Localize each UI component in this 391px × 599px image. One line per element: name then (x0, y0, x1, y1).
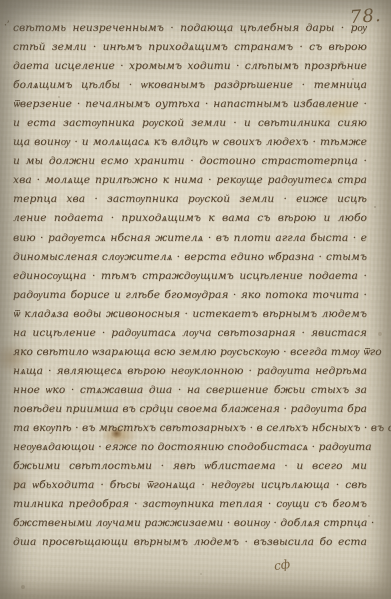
manuscript-line: нное ѡко · стѧжавша дша · на свершение б… (13, 381, 367, 400)
manuscript-line: на исцѣление · радѹитасѧ лѹча свѣтозарна… (13, 324, 367, 343)
manuscript-line: и еста застѹпника рѹской земли · и свѣти… (13, 114, 367, 133)
manuscript-line: яко свѣтило ѡзарѧюща всю землю рѹсьскѹю … (13, 343, 367, 362)
manuscript-line: та вкѹпѣ · въ мѣстѣхъ свѣтозарныхъ · в с… (13, 419, 367, 438)
manuscript-line: тилника предобрая · застѹпника теплая · … (13, 495, 367, 514)
manuscript-line: стѣй земли · инѣмъ приходѧщимъ странамъ … (13, 38, 367, 57)
manuscript-line: болѧщимъ цѣлбы · ѡкованымъ раздрѣшение ·… (13, 76, 367, 95)
manuscript-line: ща воинѹ · и молѧщасѧ къ влдцѣ ѡ своихъ … (13, 133, 367, 152)
manuscript-line: даета исцеление · хромымъ ходити · слѣпы… (13, 57, 367, 76)
manuscript-line: ление подаета · приходѧщимъ к вама съ вѣ… (13, 209, 367, 228)
manuscript-text-block: свѣтомь неизреченнымъ · подающа цѣлебныя… (13, 19, 367, 552)
manuscript-line: неѹвѧдающои · еяже по достоянию сподобис… (13, 438, 367, 457)
manuscript-line: ѿверзение · печалнымъ оутѣха · напастным… (13, 95, 367, 114)
dirt-specks (0, 0, 2, 2)
manuscript-line: нѧща · являющесѧ вѣрою неѹклонною · радѹ… (13, 362, 367, 381)
manuscript-line: вию · радѹетсѧ нбсная жителѧ · въ плоти … (13, 229, 367, 248)
manuscript-line: бжьими свѣтлостьми · явѣ ѡблистаема · и … (13, 457, 367, 476)
manuscript-line: бжствеными лѹчами ражжизаеми · воинѹ · д… (13, 514, 367, 533)
manuscript-line: единосѹщна · тѣмъ страждѹщимъ исцѣление … (13, 267, 367, 286)
manuscript-line: свѣтомь неизреченнымъ · подающа цѣлебныя… (13, 19, 367, 38)
manuscript-line: радѹита борисе и глѣбе бгомѹдрая · яко п… (13, 286, 367, 305)
manuscript-line: повѣдеи приимша въ срдци своема блаженая… (13, 400, 367, 419)
manuscript-line: хва · молѧще прилѣжно к нима · рекѹще ра… (13, 171, 367, 190)
manuscript-line: ѿ кладѧза воды живоносныя · истекаетъ вѣ… (13, 305, 367, 324)
manuscript-line: терпца хва · застѹпника рѹской земли · е… (13, 190, 367, 209)
manuscript-line: диномысленая слѹжителѧ · верста едино ѡб… (13, 248, 367, 267)
opening-mark: ·’ (3, 20, 11, 32)
manuscript-line: и мы должни есмо хранити · достоино стра… (13, 152, 367, 171)
manuscript-page-photo: ·’ 78. свѣтомь неизреченнымъ · подающа ц… (0, 0, 391, 599)
manuscript-line: дша просвѣщающи вѣрнымъ людемъ · възвыси… (13, 533, 367, 552)
quire-mark: сф (273, 557, 291, 573)
manuscript-line: ра ѡбьходита · бѣсы ѿгонѧща · недѹгы исц… (13, 476, 367, 495)
